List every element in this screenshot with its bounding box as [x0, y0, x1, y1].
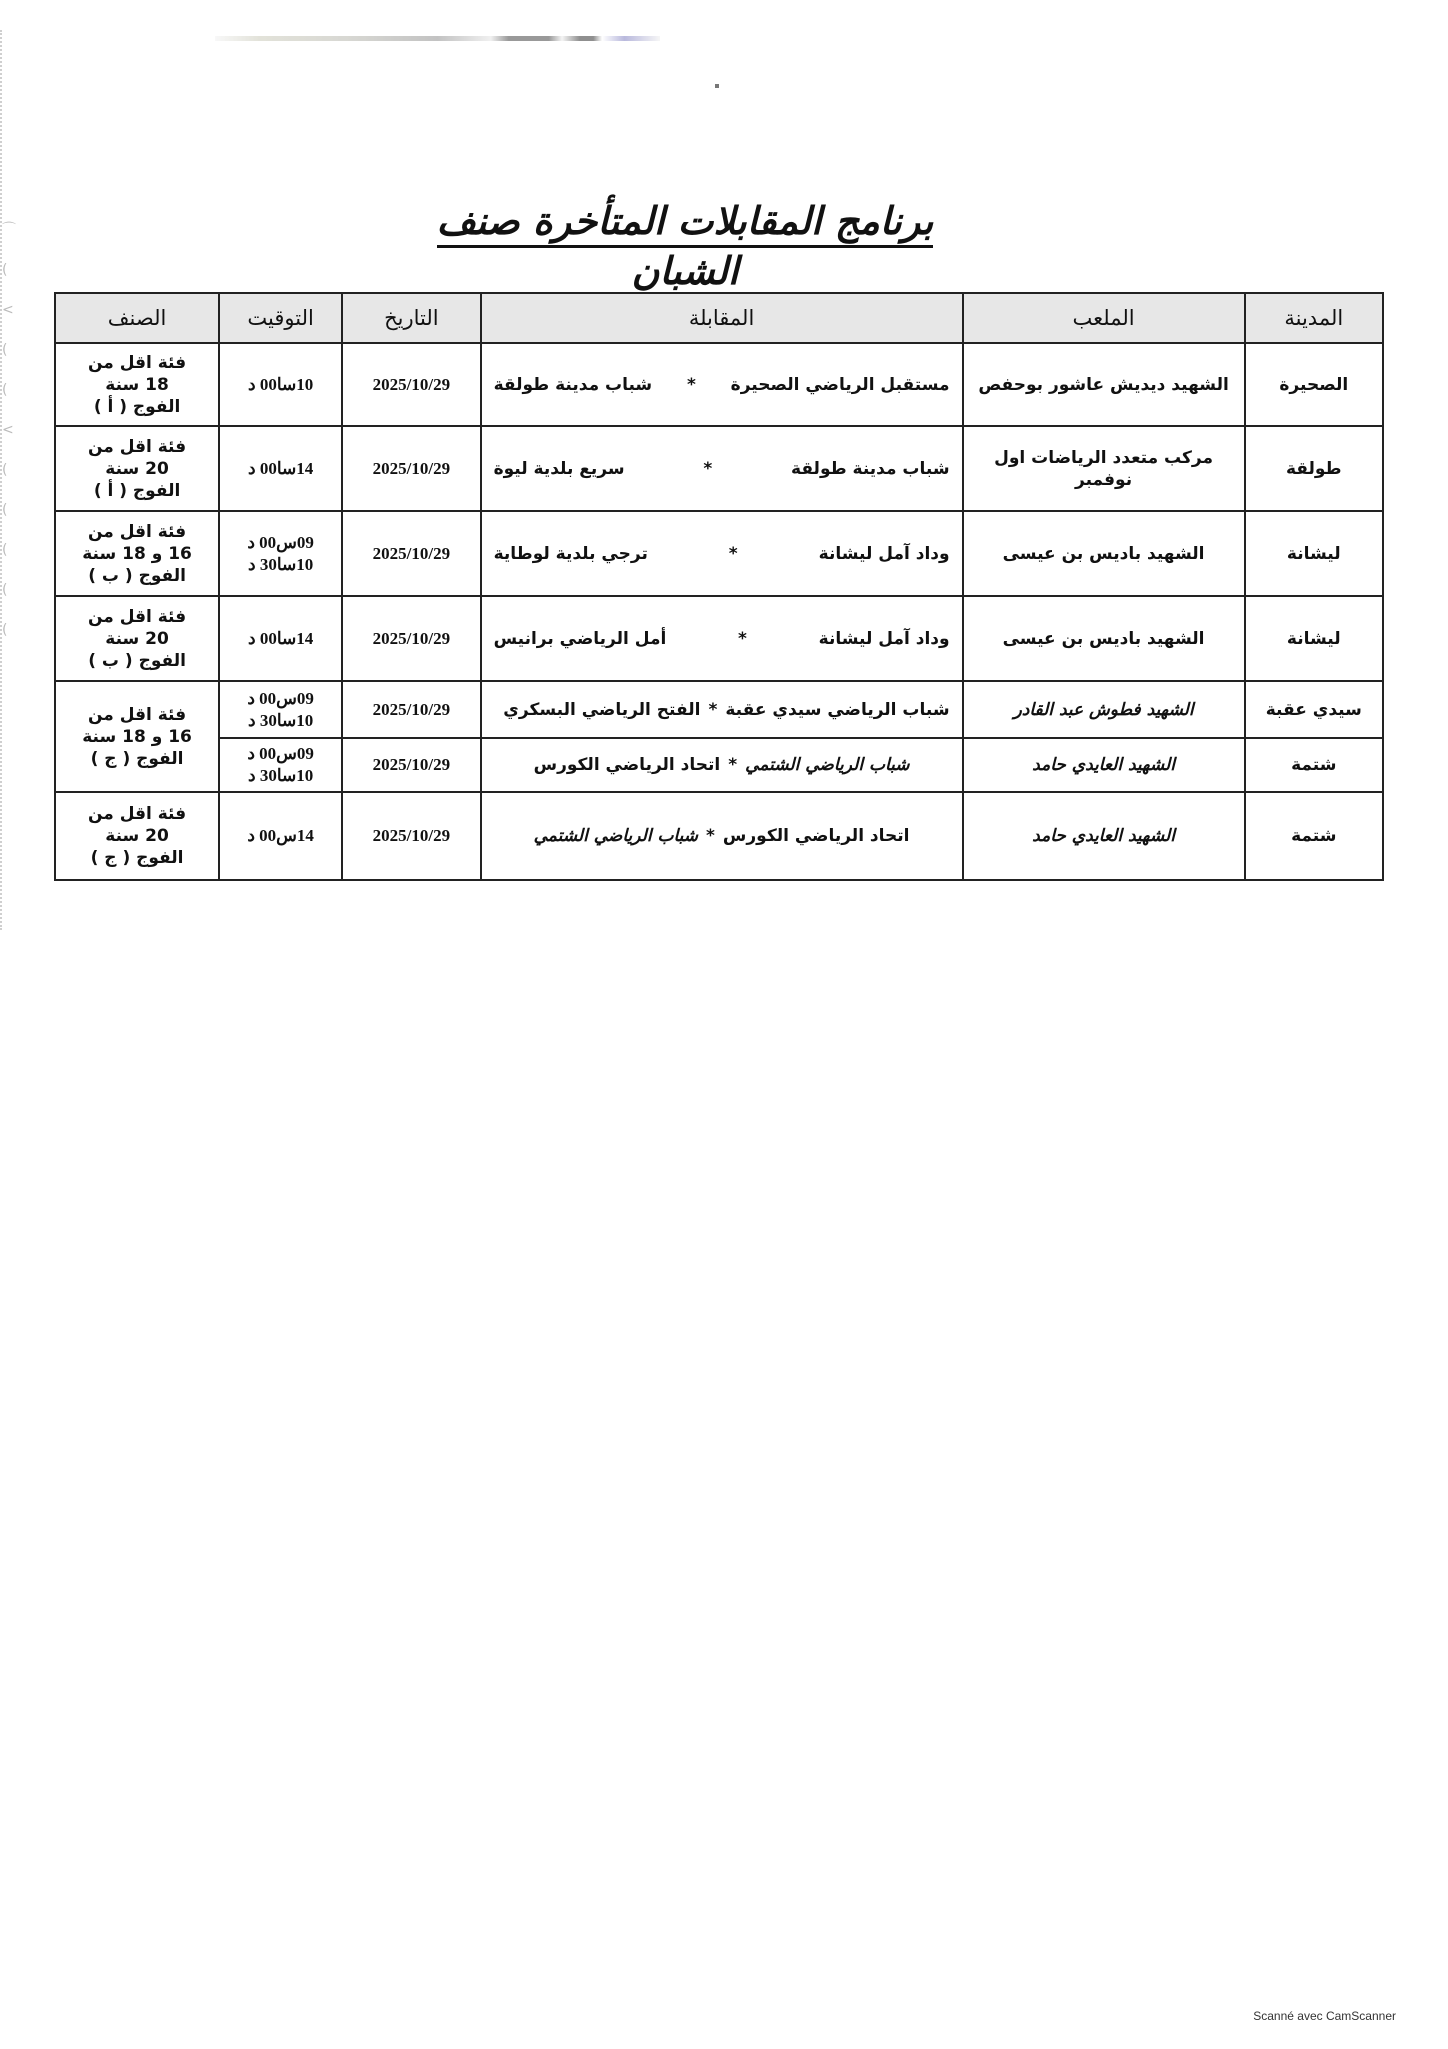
category-group: الفوج ( ب ) [62, 650, 212, 672]
cell-date: 2025/10/29 [342, 343, 480, 426]
cell-time: 09س00 د 10سا30 د [219, 681, 342, 738]
header-category: الصنف [55, 293, 219, 343]
cell-venue: مركب متعدد الرياضات اول نوفمبر [963, 426, 1245, 511]
cell-city: ليشانة [1245, 596, 1383, 681]
time-line: 09س00 د [226, 743, 335, 765]
table-row: الصحيرة الشهيد ديديش عاشور بوحفص مستقبل … [55, 343, 1383, 426]
category-age: 18 سنة [62, 374, 212, 396]
away-team: اتحاد الرياضي الكورس [534, 754, 721, 776]
time-line: 10سا30 د [226, 765, 335, 787]
cell-date: 2025/10/29 [342, 792, 480, 880]
category-line: فئة اقل من [62, 352, 212, 374]
header-time: التوقيت [219, 293, 342, 343]
table-row: شتمة الشهيد العايدي حامد شباب الرياضي ال… [55, 738, 1383, 792]
away-team: ترجي بلدية لوطاية [494, 543, 648, 565]
vs-separator: * [679, 374, 704, 396]
table-row: طولقة مركب متعدد الرياضات اول نوفمبر شبا… [55, 426, 1383, 511]
binding-marks: ⌒(<((<((((( [2, 210, 12, 690]
cell-date: 2025/10/29 [342, 511, 480, 596]
cell-category: فئة اقل من 16 و 18 سنة الفوج ( ب ) [55, 511, 219, 596]
time-line: 14سا00 د [226, 458, 335, 480]
home-team: شباب الرياضي سيدي عقبة [725, 699, 949, 721]
home-team: اتحاد الرياضي الكورس [723, 825, 910, 847]
cell-match: شباب مدينة طولقة * سريع بلدية ليوة [481, 426, 963, 511]
time-line: 10سا30 د [226, 710, 335, 732]
category-group: الفوج ( أ ) [62, 480, 212, 502]
vs-separator: * [730, 628, 755, 650]
category-age: 16 و 18 سنة [62, 543, 212, 565]
cell-match: وداد آمل ليشانة * أمل الرياضي برانيس [481, 596, 963, 681]
category-line: فئة اقل من [62, 606, 212, 628]
away-team: سريع بلدية ليوة [494, 458, 625, 480]
table-row: ليشانة الشهيد باديس بن عيسى وداد آمل ليش… [55, 511, 1383, 596]
cell-match: مستقبل الرياضي الصحيرة * شباب مدينة طولق… [481, 343, 963, 426]
cell-match: وداد آمل ليشانة * ترجي بلدية لوطاية [481, 511, 963, 596]
category-age: 20 سنة [62, 825, 212, 847]
cell-city: شتمة [1245, 738, 1383, 792]
header-date: التاريخ [342, 293, 480, 343]
category-group: الفوج ( ج ) [62, 748, 212, 770]
cell-match: شباب الرياضي سيدي عقبة * الفتح الرياضي ا… [481, 681, 963, 738]
vs-separator: * [700, 699, 725, 721]
away-team: أمل الرياضي برانيس [494, 628, 667, 650]
cell-category: فئة اقل من 20 سنة الفوج ( ج ) [55, 792, 219, 880]
header-venue: الملعب [963, 293, 1245, 343]
time-line: 14سا00 د [226, 628, 335, 650]
category-group: الفوج ( ج ) [62, 847, 212, 869]
cell-category: فئة اقل من 18 سنة الفوج ( أ ) [55, 343, 219, 426]
cell-time: 14سا00 د [219, 426, 342, 511]
cell-date: 2025/10/29 [342, 681, 480, 738]
time-line: 10سا00 د [226, 374, 335, 396]
scanner-watermark: Scanné avec CamScanner [1253, 2009, 1396, 2023]
cell-city: ليشانة [1245, 511, 1383, 596]
category-age: 16 و 18 سنة [62, 726, 212, 748]
vs-separator: * [721, 543, 746, 565]
cell-venue: الشهيد باديس بن عيسى [963, 511, 1245, 596]
cell-date: 2025/10/29 [342, 738, 480, 792]
table-row: شتمة الشهيد العايدي حامد اتحاد الرياضي ا… [55, 792, 1383, 880]
cell-time: 09س00 د 10سا30 د [219, 511, 342, 596]
cell-match: اتحاد الرياضي الكورس * شباب الرياضي الشت… [481, 792, 963, 880]
document-title-text: برنامج المقابلات المتأخرة صنف الشبان [437, 199, 934, 298]
away-team: الفتح الرياضي البسكري [503, 699, 700, 721]
scan-artifact-mark [715, 84, 719, 88]
vs-separator: * [720, 754, 745, 776]
cell-category: فئة اقل من 20 سنة الفوج ( أ ) [55, 426, 219, 511]
document-title: برنامج المقابلات المتأخرة صنف الشبان [380, 196, 990, 296]
away-team: شباب الرياضي الشتمي [534, 825, 698, 847]
category-line: فئة اقل من [62, 704, 212, 726]
cell-city: الصحيرة [1245, 343, 1383, 426]
time-line: 10سا30 د [226, 554, 335, 576]
home-team: شباب مدينة طولقة [791, 458, 950, 480]
cell-city: سيدي عقبة [1245, 681, 1383, 738]
category-line: فئة اقل من [62, 436, 212, 458]
away-team: شباب مدينة طولقة [494, 374, 653, 396]
cell-category: فئة اقل من 20 سنة الفوج ( ب ) [55, 596, 219, 681]
home-team: وداد آمل ليشانة [819, 628, 950, 650]
cell-match: شباب الرياضي الشتمي * اتحاد الرياضي الكو… [481, 738, 963, 792]
time-line: 09س00 د [226, 688, 335, 710]
cell-time: 10سا00 د [219, 343, 342, 426]
category-group: الفوج ( أ ) [62, 396, 212, 418]
category-age: 20 سنة [62, 628, 212, 650]
table-row: ليشانة الشهيد باديس بن عيسى وداد آمل ليش… [55, 596, 1383, 681]
vs-separator: * [698, 825, 723, 847]
cell-venue: الشهيد فطوش عبد القادر [963, 681, 1245, 738]
cell-venue: الشهيد العايدي حامد [963, 738, 1245, 792]
category-group: الفوج ( ب ) [62, 565, 212, 587]
table-header-row: المدينة الملعب المقابلة التاريخ التوقيت … [55, 293, 1383, 343]
cell-venue: الشهيد ديديش عاشور بوحفص [963, 343, 1245, 426]
vs-separator: * [695, 458, 720, 480]
cell-category: فئة اقل من 16 و 18 سنة الفوج ( ج ) [55, 681, 219, 792]
home-team: وداد آمل ليشانة [819, 543, 950, 565]
cell-time: 14سا00 د [219, 596, 342, 681]
cell-venue: الشهيد العايدي حامد [963, 792, 1245, 880]
cell-time: 14س00 د [219, 792, 342, 880]
schedule-table: المدينة الملعب المقابلة التاريخ التوقيت … [54, 292, 1384, 881]
table-row: سيدي عقبة الشهيد فطوش عبد القادر شباب ال… [55, 681, 1383, 738]
cell-city: طولقة [1245, 426, 1383, 511]
header-match: المقابلة [481, 293, 963, 343]
cell-time: 09س00 د 10سا30 د [219, 738, 342, 792]
cell-date: 2025/10/29 [342, 596, 480, 681]
cell-city: شتمة [1245, 792, 1383, 880]
category-age: 20 سنة [62, 458, 212, 480]
home-team: شباب الرياضي الشتمي [745, 754, 909, 776]
time-line: 09س00 د [226, 532, 335, 554]
category-line: فئة اقل من [62, 521, 212, 543]
scan-artifact-streak [215, 36, 660, 41]
category-line: فئة اقل من [62, 803, 212, 825]
time-line: 14س00 د [226, 825, 335, 847]
header-city: المدينة [1245, 293, 1383, 343]
home-team: مستقبل الرياضي الصحيرة [731, 374, 950, 396]
cell-date: 2025/10/29 [342, 426, 480, 511]
cell-venue: الشهيد باديس بن عيسى [963, 596, 1245, 681]
